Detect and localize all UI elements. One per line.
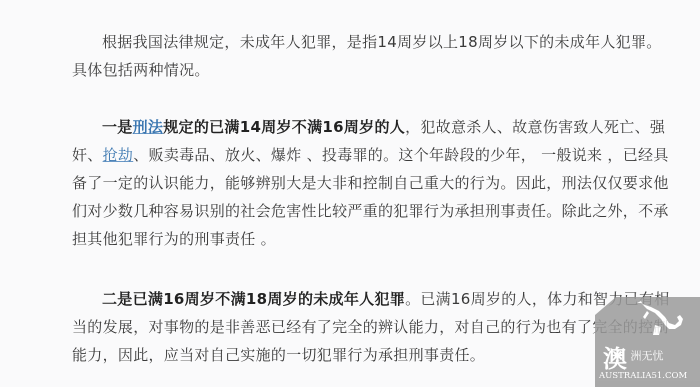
paragraph-case-two: 二是已满16周岁不满18周岁的未成年人犯罪。已满16周岁的人，体力和智力已有相当… bbox=[72, 285, 672, 369]
paragraph-case-one: 一是刑法规定的已满14周岁不满16周岁的人，犯故意杀人、故意伤害致人死亡、强奸、… bbox=[72, 113, 672, 253]
watermark-logo: 澳 洲无忧 AUSTRALIA51.COM bbox=[595, 297, 700, 387]
case-two-lead: 二是已满16周岁不满18周岁的未成年人犯罪 bbox=[102, 290, 405, 308]
case-one-lead: 规定的已满14周岁不满16周岁的人 bbox=[163, 118, 405, 136]
case-one-text-b: 、贩卖毒品、放火、爆炸 、投毒罪的。这个年龄段的少年， 一般说来 ，已经具备了一… bbox=[72, 146, 669, 248]
intro-text: 根据我国法律规定，未成年人犯罪，是指14周岁以上18周岁以下的未成年人犯罪。具体… bbox=[72, 33, 662, 79]
robbery-link[interactable]: 抢劫 bbox=[103, 146, 134, 164]
paragraph-intro: 根据我国法律规定，未成年人犯罪，是指14周岁以上18周岁以下的未成年人犯罪。具体… bbox=[72, 28, 672, 84]
case-one-lead-prefix: 一是 bbox=[102, 118, 133, 136]
watermark-en-text: AUSTRALIA51.COM bbox=[599, 371, 687, 381]
watermark-cn-text: 澳 洲无忧 bbox=[603, 339, 664, 374]
kangaroo-icon bbox=[625, 299, 685, 339]
criminal-law-link[interactable]: 刑法 bbox=[133, 118, 164, 136]
